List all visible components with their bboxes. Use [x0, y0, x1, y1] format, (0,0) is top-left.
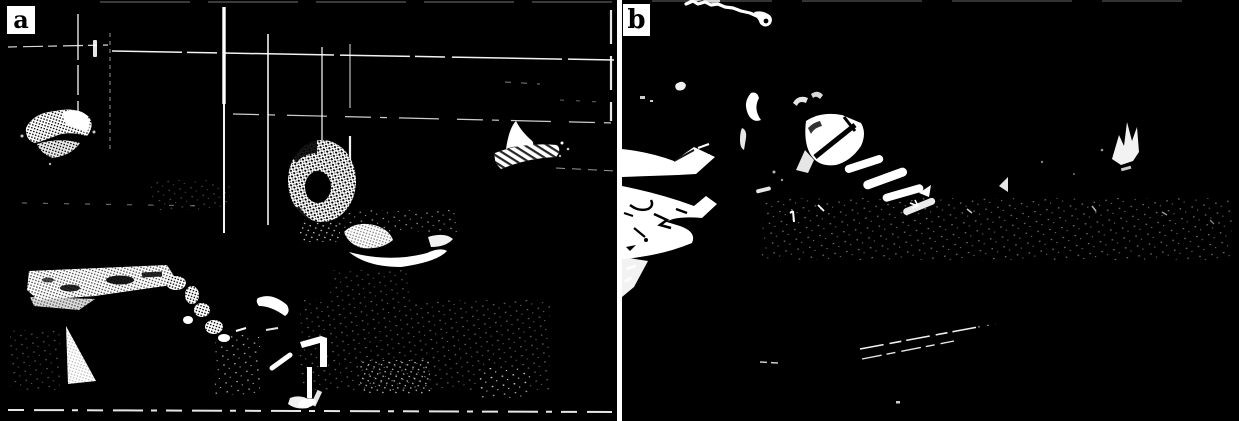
panel-a-graphic — [0, 0, 617, 421]
panel-b-label-text: b — [627, 7, 645, 33]
bright-tick — [93, 40, 97, 57]
figure: a — [0, 0, 1239, 421]
panel-b-graphic — [622, 0, 1239, 421]
panel-b-label: b — [623, 4, 650, 36]
panel-a-photo: a — [0, 0, 617, 421]
panel-b-photo: b — [622, 0, 1239, 421]
panel-a-label: a — [7, 6, 35, 34]
panel-a-label-text: a — [13, 8, 29, 32]
